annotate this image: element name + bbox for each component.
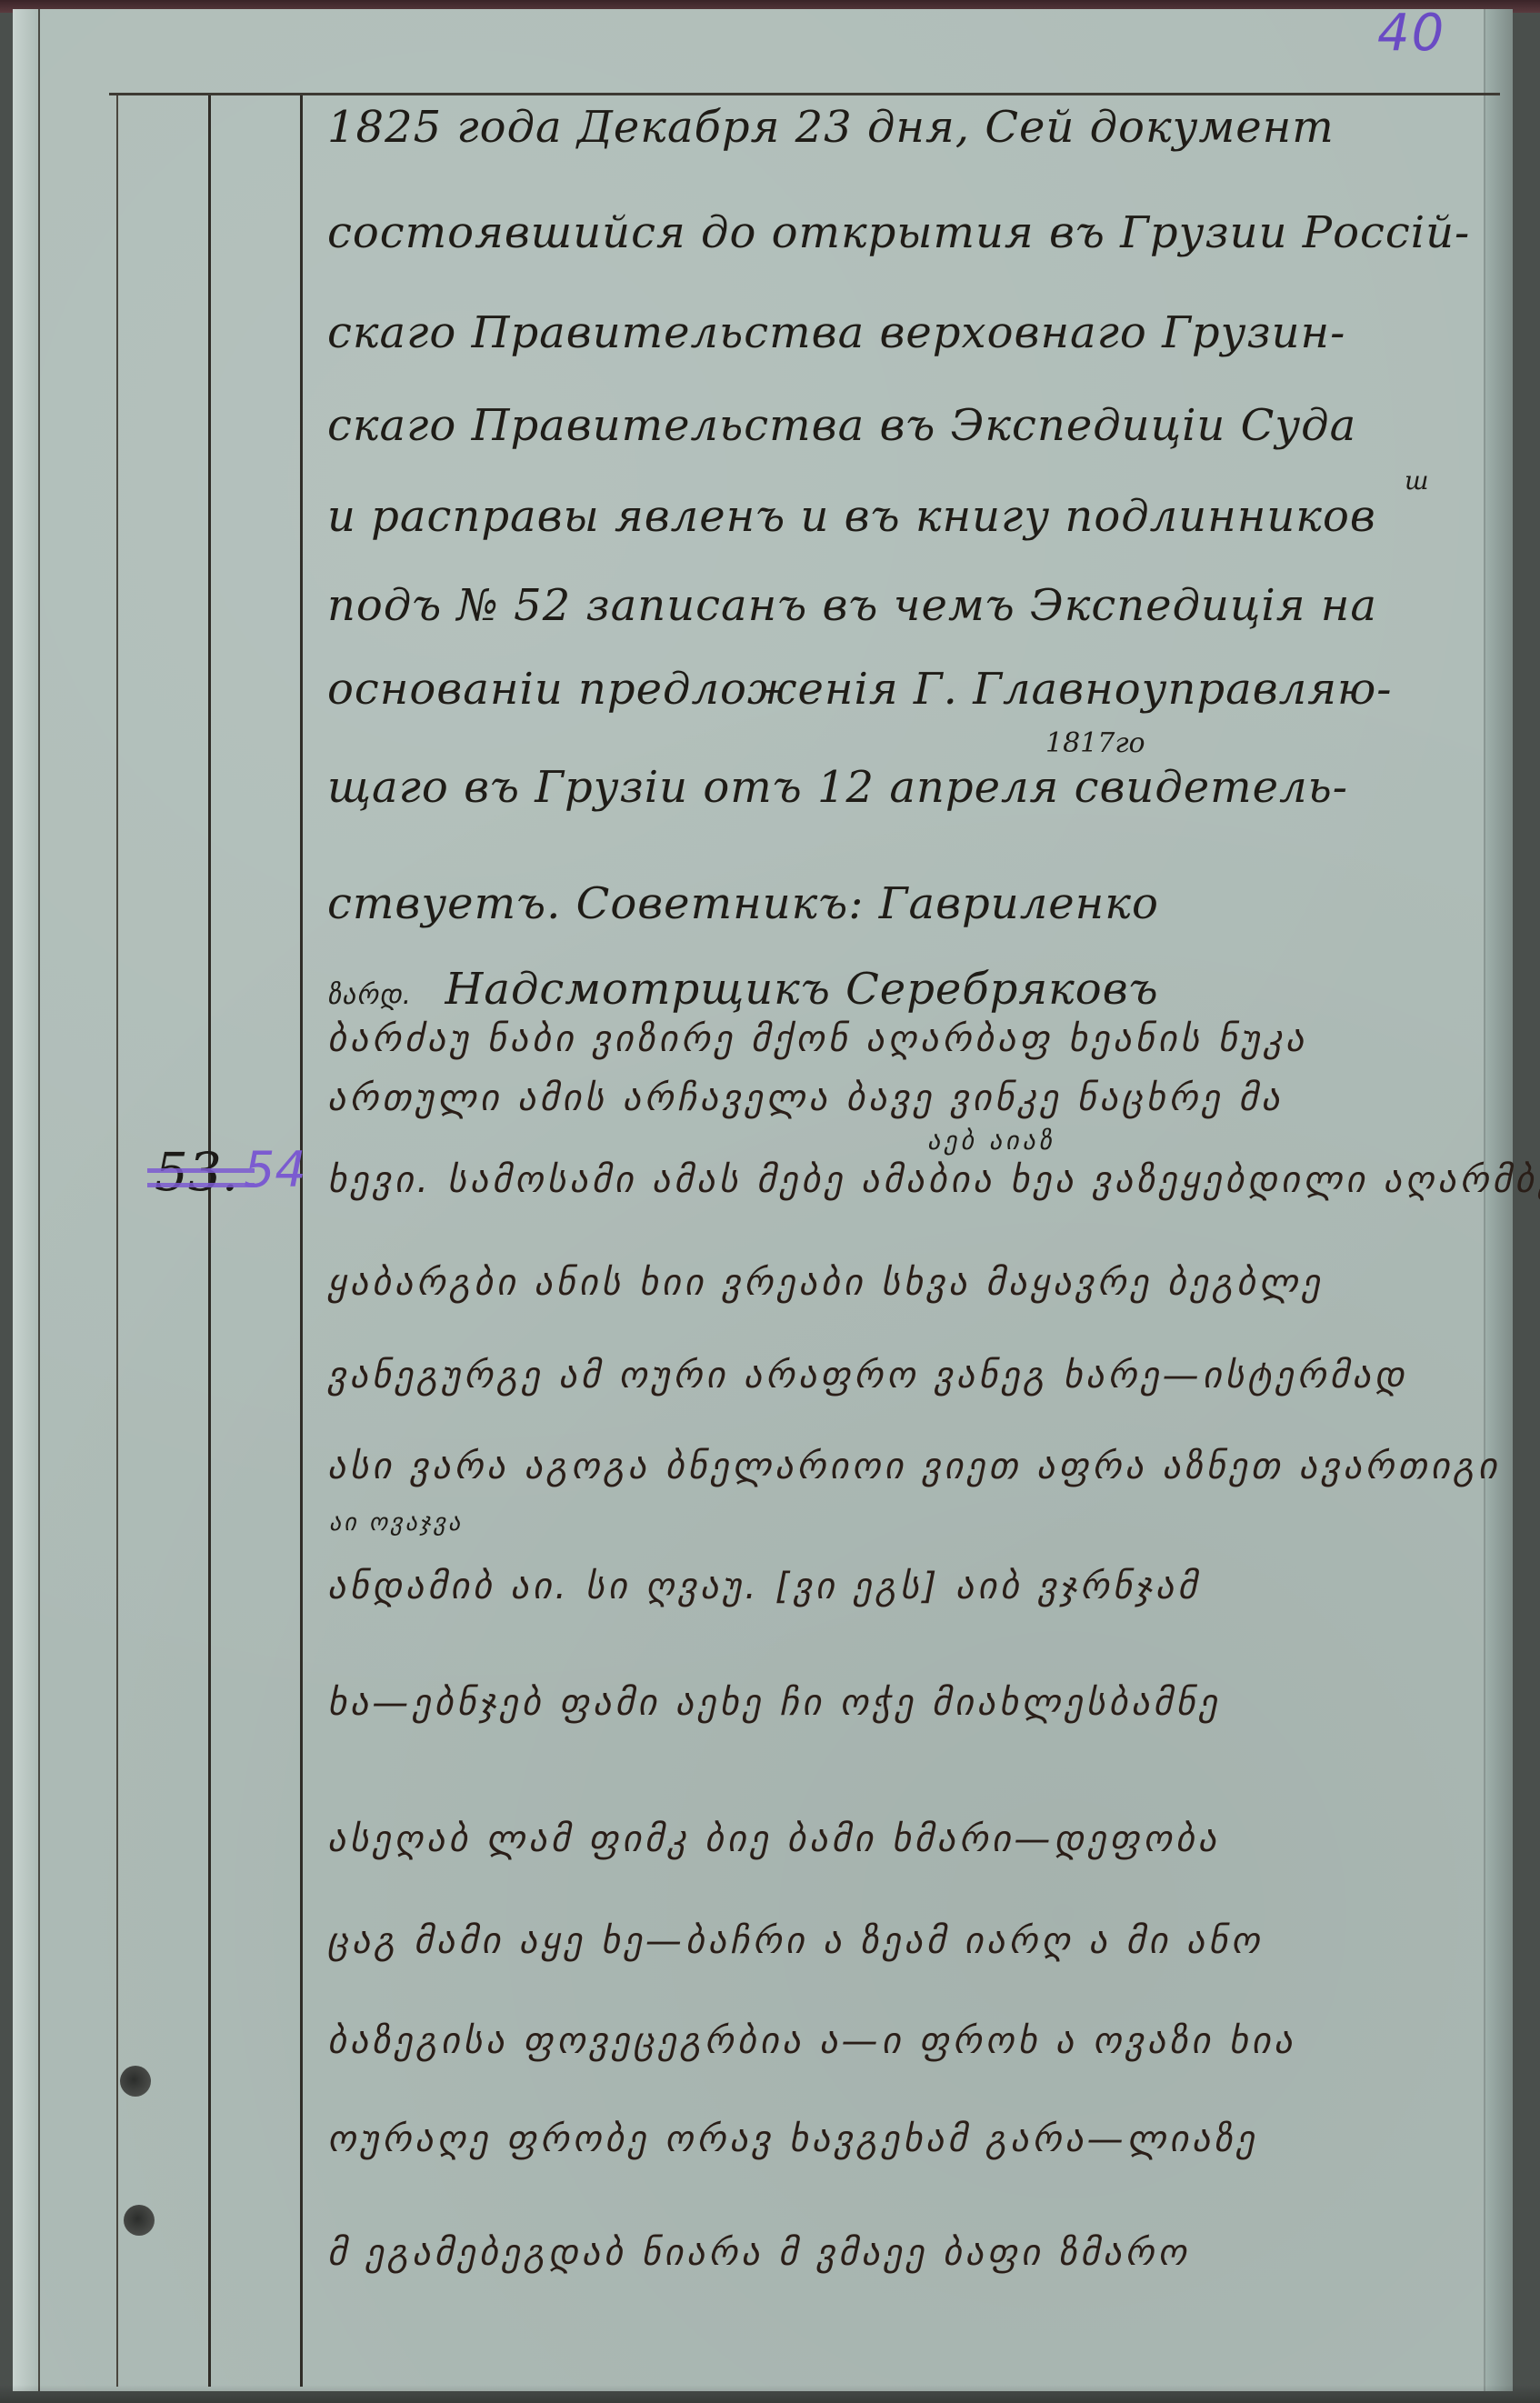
georgian-prefix: ზარდ. [327,979,412,1011]
strikethrough-line [147,1183,255,1187]
georgian-line-10: ცაგ მამი აყე ხე—ბაჩრი ა ზეამ იარღ ა მი ა… [327,1920,1263,1962]
interlinear-georgian-2: აი ოვაჯვა [329,1509,463,1537]
georgian-line-6: ასი ვარა აგოგა ბნელარიოი ვიეთ აფრა აზნეთ… [327,1446,1500,1487]
georgian-line-8: ხა—ებნჯებ ფამი აეხე ჩი ოჭე მიახლესბამნე [327,1682,1221,1724]
georgian-line-12: ოურაღე ფრობე ორავ ხავგეხამ გარა—ლიაზე [327,2118,1258,2160]
russian-line-1: 1825 года Декабря 23 дня, Сей документ [327,102,1335,153]
interlinear-georgian-1: აებ აიაზ [927,1126,1055,1156]
russian-line-2: состоявшийся до открытия въ Грузии Россі… [327,207,1470,258]
strikethrough-line [147,1168,255,1173]
russian-line-4: скаго Правительства въ Экспедиціи Суда [327,400,1356,451]
russian-line-9: ствуетъ. Советникъ: Гавриленко [327,878,1159,929]
georgian-line-11: ბაზეგისა ფოვეცეგრბია ა—ი ფროხ ა ოვაზი ხი… [327,2020,1295,2062]
interlinear-superscript: ш [1405,466,1429,496]
folio-number: 40 [1377,4,1445,63]
georgian-line-7: ანდამიბ აი. სი ღვაუ. [ვი ეგს] აიბ ვჯრნჯა… [327,1566,1200,1607]
binding-hole-lower [124,2205,155,2236]
margin-entry-number-new: 54 [244,1141,306,1198]
russian-line-3: скаго Правительства верховнаго Грузин- [327,307,1345,358]
russian-line-5: и расправы явленъ и въ книгу подлинников [327,491,1376,542]
margin-rule-outer [116,95,118,2387]
margin-entry-number-old: 53. [155,1141,238,1203]
georgian-line-1: ბარძაუ ნაბი ვიზირე მქონ აღარბაფ ხეანის ნ… [327,1018,1307,1060]
georgian-line-3: ხევი. სამოსამი ამას მებე ამაბია ხეა ვაზე… [327,1159,1540,1201]
mixed-line: ზარდ. Надсмотрщикъ Серебряковъ [327,964,1159,1015]
georgian-line-2: ართული ამის არჩაველა ბავე ვინკე ნაცხრე მ… [327,1077,1284,1119]
margin-rule-middle [208,95,211,2387]
page-spine [13,9,40,2391]
georgian-line-5: ვანეგურგე ამ ოური არაფრო ვანეგ ხარე—ისტე… [327,1355,1407,1397]
interlinear-year: 1817го [1045,727,1145,759]
russian-line-8: щаго въ Грузіи отъ 12 апреля свидетель- [327,762,1348,813]
georgian-line-9: ასეღაბ ლამ ფიმკ ბიე ბამი ხმარი—დეფობა [327,1818,1220,1860]
page-bottom-shadow [0,2385,1540,2403]
georgian-line-13: მ ეგამებეგდაბ ნიარა მ ვმაეე ბაფი ზმარო [327,2232,1190,2274]
georgian-line-4: ყაბარგბი ანის ხიი ვრეაბი სხვა მაყავრე ბე… [327,1262,1324,1304]
russian-line-7: основаніи предложенія Г. Главноуправляю- [327,664,1392,715]
russian-line-6: подъ № 52 записанъ въ чемъ Экспедиція на [327,580,1377,631]
overseer-signature: Надсмотрщикъ Серебряковъ [445,964,1158,1015]
top-ruled-line [109,93,1500,95]
binding-hole-upper [120,2066,151,2097]
georgian-line-7-text: ანდამიბ აი. სი ღვაუ. [ვი ეგს] აიბ ვჯრნჯა… [327,1566,1200,1607]
margin-rule-inner [300,95,303,2387]
